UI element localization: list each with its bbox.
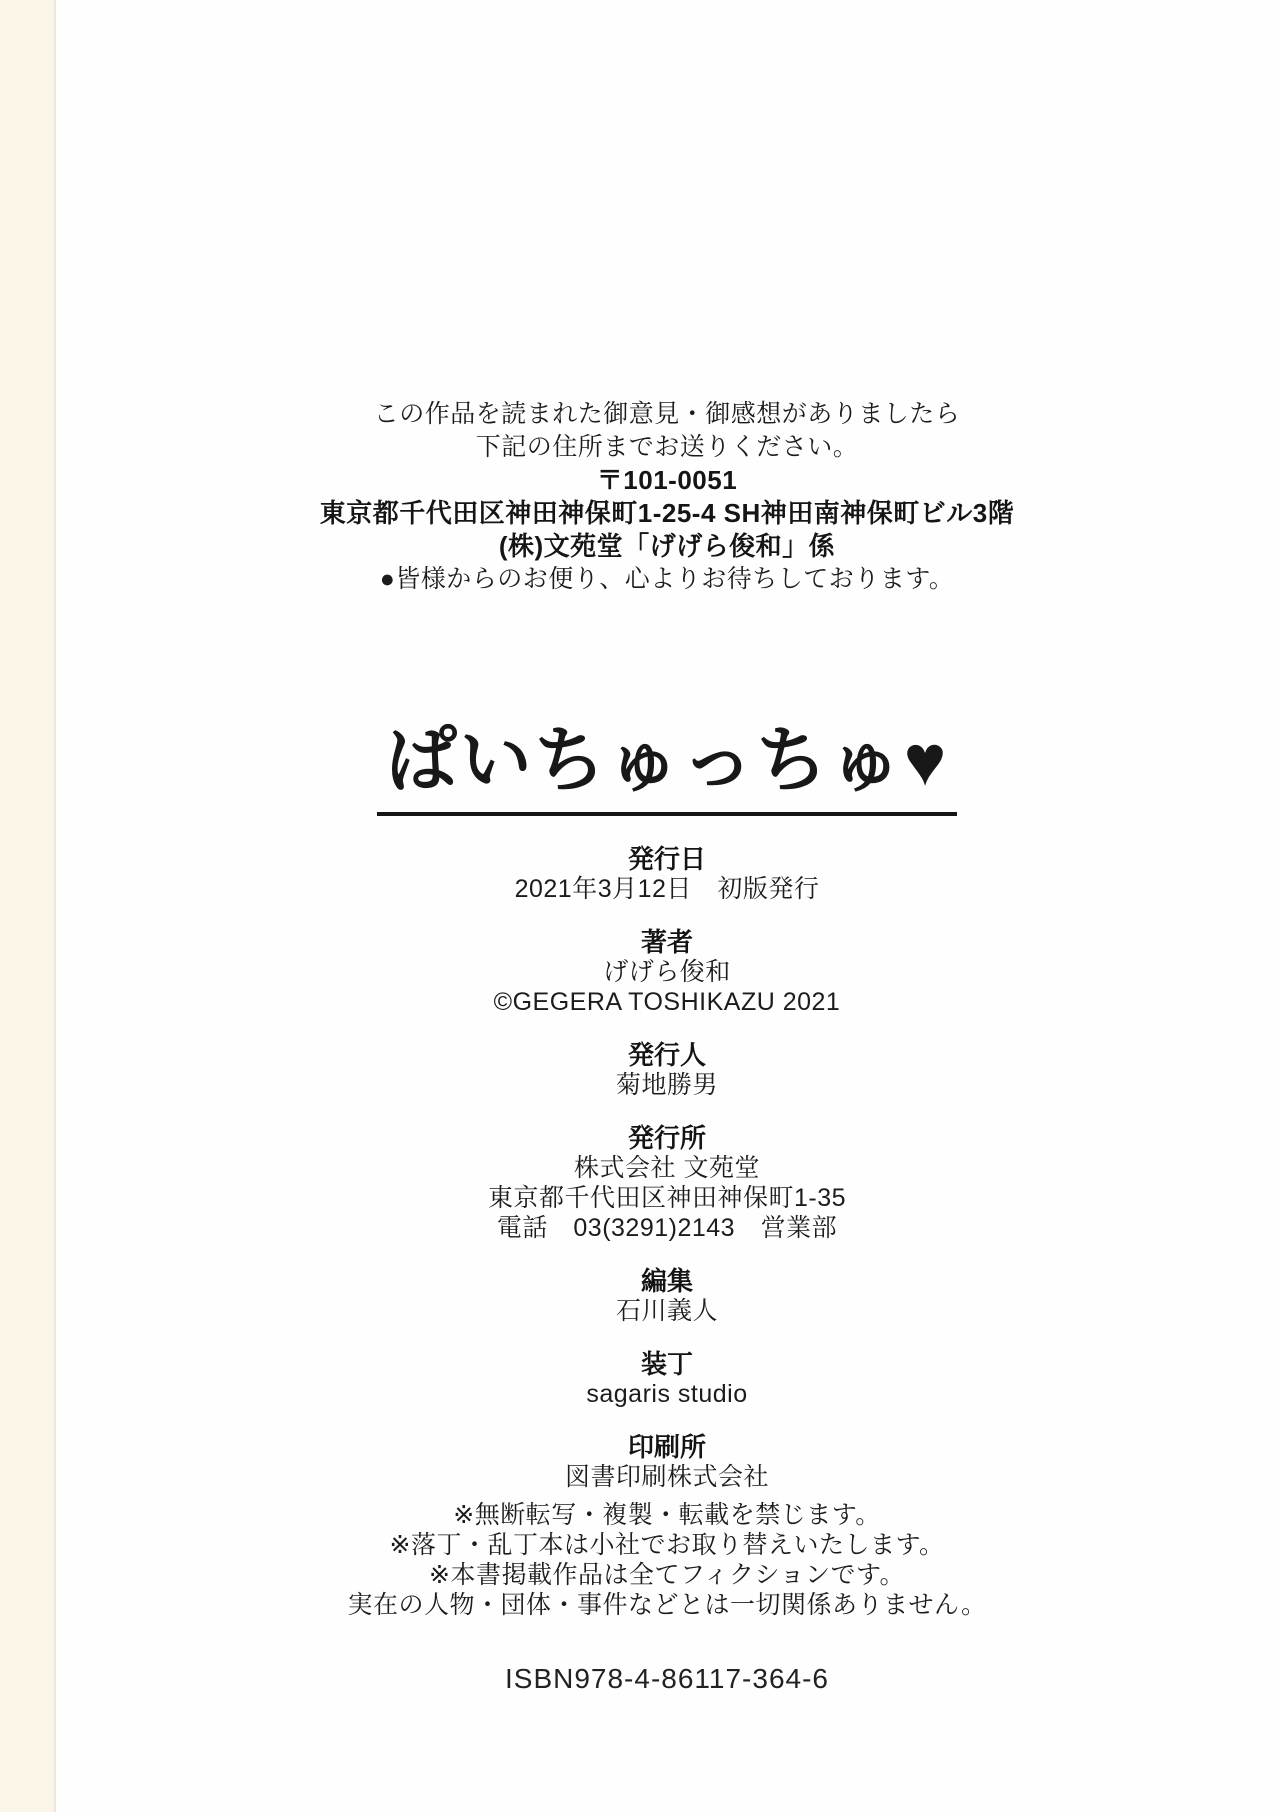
section-label: 発行所 xyxy=(54,1123,1280,1153)
title-block: ぱいちゅっちゅ♥ xyxy=(54,716,1280,816)
section-line: 株式会社 文苑堂 xyxy=(54,1153,1280,1183)
scanned-colophon-page: この作品を読まれた御意見・御感想がありましたら 下記の住所までお送りください。 … xyxy=(0,0,1280,1812)
postal-code: 〒101-0051 xyxy=(54,464,1280,497)
section-label: 著者 xyxy=(54,927,1280,957)
isbn-number: ISBN978-4-86117-364-6 xyxy=(54,1663,1280,1695)
colophon-details: 発行日 2021年3月12日 初版発行 著者 げげら俊和 ©GEGERA TOS… xyxy=(54,844,1280,1515)
feedback-line-2: 下記の住所までお送りください。 xyxy=(54,431,1280,464)
colophon-section-author: 著者 げげら俊和 ©GEGERA TOSHIKAZU 2021 xyxy=(54,927,1280,1017)
section-line: sagaris studio xyxy=(54,1379,1280,1409)
phone-line: 電話 03(3291)2143 営業部 xyxy=(54,1213,1280,1243)
notice-line: ※本書掲載作品は全てフィクションです。 xyxy=(54,1560,1280,1590)
mail-recipient: (株)文苑堂「げげら俊和」係 xyxy=(54,530,1280,563)
section-line: 石川義人 xyxy=(54,1296,1280,1326)
publisher-address: 東京都千代田区神田神保町1-25-4 SH神田南神保町ビル3階 xyxy=(54,497,1280,530)
section-line: 2021年3月12日 初版発行 xyxy=(54,874,1280,904)
section-label: 装丁 xyxy=(54,1349,1280,1379)
title-underline xyxy=(377,812,957,816)
section-line: 図書印刷株式会社 xyxy=(54,1462,1280,1492)
section-label: 発行日 xyxy=(54,844,1280,874)
section-line: 菊地勝男 xyxy=(54,1070,1280,1100)
section-label: 印刷所 xyxy=(54,1432,1280,1462)
section-line: げげら俊和 xyxy=(54,957,1280,987)
section-line: 東京都千代田区神田神保町1-35 xyxy=(54,1183,1280,1213)
notice-line: ※落丁・乱丁本は小社でお取り替えいたします。 xyxy=(54,1530,1280,1560)
feedback-line-1: この作品を読まれた御意見・御感想がありましたら xyxy=(54,398,1280,431)
colophon-section-printer: 印刷所 図書印刷株式会社 xyxy=(54,1432,1280,1492)
colophon-section-publishing-house: 発行所 株式会社 文苑堂 東京都千代田区神田神保町1-35 電話 03(3291… xyxy=(54,1123,1280,1243)
feedback-closing: ●皆様からのお便り、心よりお待ちしております。 xyxy=(54,563,1280,596)
notice-line: ※無断転写・複製・転載を禁じます。 xyxy=(54,1500,1280,1530)
colophon-section-publisher-person: 発行人 菊地勝男 xyxy=(54,1040,1280,1100)
legal-notices: ※無断転写・複製・転載を禁じます。 ※落丁・乱丁本は小社でお取り替えいたします。… xyxy=(54,1500,1280,1620)
colophon-section-publication-date: 発行日 2021年3月12日 初版発行 xyxy=(54,844,1280,904)
colophon-section-design: 装丁 sagaris studio xyxy=(54,1349,1280,1409)
copyright-line: ©GEGERA TOSHIKAZU 2021 xyxy=(54,987,1280,1017)
colophon-section-editor: 編集 石川義人 xyxy=(54,1266,1280,1326)
reader-feedback-block: この作品を読まれた御意見・御感想がありましたら 下記の住所までお送りください。 … xyxy=(54,398,1280,596)
book-title: ぱいちゅっちゅ♥ xyxy=(54,716,1280,806)
page-edge-strip xyxy=(0,0,56,1812)
notice-line: 実在の人物・団体・事件などとは一切関係ありません。 xyxy=(54,1590,1280,1620)
section-label: 発行人 xyxy=(54,1040,1280,1070)
section-label: 編集 xyxy=(54,1266,1280,1296)
